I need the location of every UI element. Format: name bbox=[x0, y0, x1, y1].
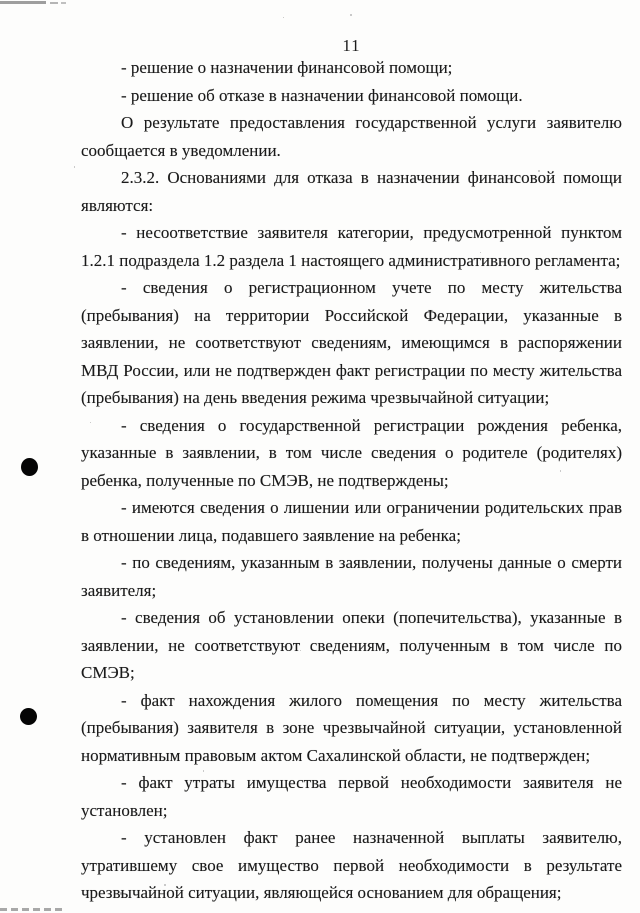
document-body: - решение о назначении финансовой помощи… bbox=[81, 54, 622, 907]
paragraph-decision-grant: - решение о назначении финансовой помощи… bbox=[81, 54, 622, 82]
scan-edge-artifact bbox=[61, 2, 66, 4]
paragraph-decision-refuse: - решение об отказе в назначении финансо… bbox=[81, 82, 622, 110]
paragraph-reason-birth-record: - сведения о государственной регистрации… bbox=[81, 412, 622, 495]
page-number: 11 bbox=[81, 36, 622, 56]
paragraph-reason-category: - несоответствие заявителя категории, пр… bbox=[81, 219, 622, 274]
paragraph-result-notification: О результате предоставления государствен… bbox=[81, 109, 622, 164]
scan-speck bbox=[283, 17, 284, 18]
hole-punch-mark bbox=[20, 708, 37, 725]
paragraph-reason-parental-rights: - имеются сведения о лишении или огранич… bbox=[81, 494, 622, 549]
paragraph-reason-death-data: - по сведениям, указанным в заявлении, п… bbox=[81, 549, 622, 604]
scan-edge-artifact bbox=[50, 2, 58, 4]
scan-edge-artifact bbox=[0, 908, 66, 911]
scan-edge-artifact bbox=[0, 1, 46, 4]
scanned-document-page: 11 - решение о назначении финансовой пом… bbox=[0, 0, 640, 913]
paragraph-clause-2-3-2: 2.3.2. Основаниями для отказа в назначен… bbox=[81, 164, 622, 219]
paragraph-reason-guardianship: - сведения об установлении опеки (попечи… bbox=[81, 604, 622, 687]
scan-speck bbox=[350, 14, 352, 16]
paragraph-reason-property-loss: - факт утраты имущества первой необходим… bbox=[81, 769, 622, 824]
paragraph-reason-prior-payment: - установлен факт ранее назначенной выпл… bbox=[81, 824, 622, 907]
paragraph-reason-registration: - сведения о регистрационном учете по ме… bbox=[81, 274, 622, 412]
paragraph-reason-dwelling-zone: - факт нахождения жилого помещения по ме… bbox=[81, 687, 622, 770]
scan-speck bbox=[74, 166, 75, 168]
hole-punch-mark bbox=[21, 458, 38, 476]
